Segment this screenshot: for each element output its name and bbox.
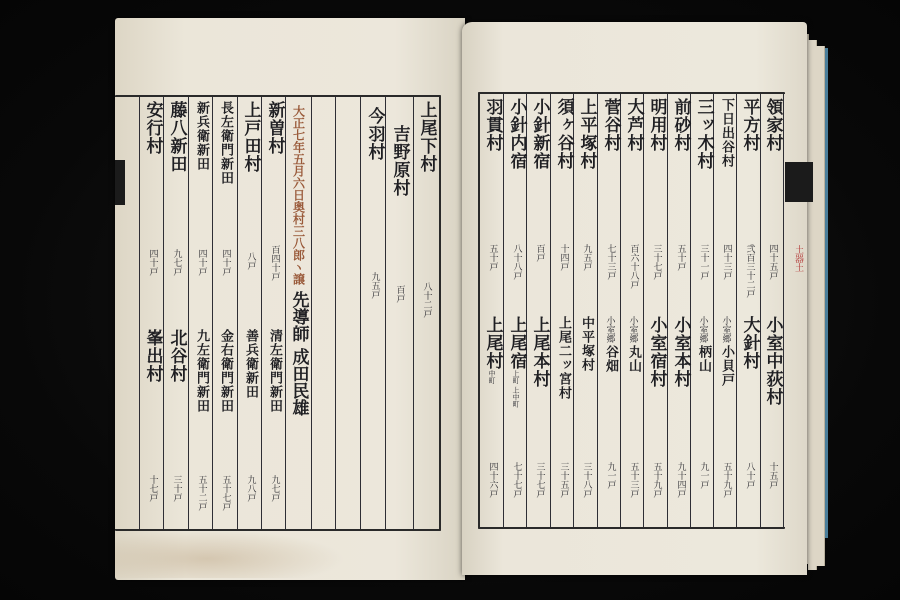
household-count: 八戸 bbox=[238, 252, 262, 270]
household-count: 四十戸 bbox=[140, 249, 164, 276]
household-count: 四十五戸 bbox=[760, 244, 784, 280]
household-count: 七十七戸 bbox=[504, 462, 528, 498]
village-entry: 菅谷村 bbox=[598, 98, 622, 152]
household-count: 四十六戸 bbox=[480, 462, 504, 498]
right-black-tab bbox=[785, 162, 813, 202]
household-count: 百四十戸 bbox=[262, 245, 286, 281]
household-count: 三十戸 bbox=[164, 475, 188, 502]
household-count: 五十戸 bbox=[668, 244, 692, 271]
household-count: 九八戸 bbox=[238, 475, 262, 502]
village-entry: 前砂村 bbox=[668, 98, 692, 152]
household-count: 八十二戸 bbox=[414, 282, 438, 318]
household-count: 四十戸 bbox=[189, 249, 213, 276]
village-entry: 峯出村 bbox=[140, 329, 164, 383]
village-entry: 新曽村 bbox=[262, 101, 286, 155]
village-entry: 吉野原村 bbox=[387, 125, 411, 197]
household-count: 百戸 bbox=[527, 244, 551, 262]
village-entry: 小室郷柄山 bbox=[691, 316, 715, 373]
household-count: 九一戸 bbox=[598, 462, 622, 489]
village-entry: 小室郷谷畑 bbox=[598, 316, 622, 373]
household-count: 九七戸 bbox=[262, 475, 286, 502]
household-count: 八十戸 bbox=[737, 462, 761, 489]
blue-cover-edge bbox=[825, 48, 828, 538]
page-stack-edge bbox=[816, 46, 825, 566]
village-entry: 小室郷丸山 bbox=[621, 316, 645, 373]
household-count: 十五戸 bbox=[760, 462, 784, 489]
household-count: 八十八戸 bbox=[504, 244, 528, 280]
right-register-grid: 領家村 四十五戸 平方村 弐百三十二戸 下日出谷村 四十三戸 三ッ木村 三十一戸… bbox=[478, 92, 785, 529]
village-entry: 上尾本村 bbox=[527, 316, 551, 388]
household-count: 三十七戸 bbox=[527, 462, 551, 498]
household-count: 五十戸 bbox=[480, 244, 504, 271]
household-count: 五十三戸 bbox=[621, 462, 645, 498]
village-entry: 安行村 bbox=[140, 101, 164, 155]
village-entry: 金右衛門新田 bbox=[213, 329, 237, 413]
village-entry: 小室中荻村 bbox=[760, 316, 784, 406]
village-entry: 北谷村 bbox=[164, 329, 188, 383]
household-count: 九五戸 bbox=[362, 272, 386, 299]
left-register-grid: 上尾下村 八十二戸 吉野原村 百戸 今羽村 九五戸 大正七年五月六日奥村三八郎ヽ… bbox=[115, 95, 441, 531]
household-count: 五十九戸 bbox=[644, 462, 668, 498]
household-count: 弐百三十二戸 bbox=[737, 244, 761, 298]
household-count: 九十四戸 bbox=[668, 462, 692, 498]
village-entry: 上尾村中町 bbox=[480, 316, 504, 384]
village-entry: 善兵衛新田 bbox=[238, 329, 262, 399]
household-count: 五十九戸 bbox=[714, 462, 738, 498]
household-count: 四十三戸 bbox=[714, 244, 738, 280]
village-entry: 明用村 bbox=[644, 98, 668, 152]
household-count: 十四戸 bbox=[551, 244, 575, 271]
village-entry: 羽貫村 bbox=[480, 98, 504, 152]
household-count: 三十一戸 bbox=[691, 244, 715, 280]
household-count: 七十三戸 bbox=[598, 244, 622, 280]
village-entry: 大芦村 bbox=[621, 98, 645, 152]
village-entry: 小室郷小貝戸 bbox=[714, 316, 738, 387]
village-entry: 小針内宿 bbox=[504, 98, 528, 170]
household-count: 百六十八戸 bbox=[621, 244, 645, 289]
paper-stain bbox=[115, 530, 345, 578]
household-count: 三十八戸 bbox=[574, 462, 598, 498]
household-count: 百戸 bbox=[387, 285, 411, 303]
village-entry: 清左衛門新田 bbox=[262, 329, 286, 413]
village-entry: 平方村 bbox=[737, 98, 761, 152]
village-entry: 須ヶ谷村 bbox=[551, 98, 575, 170]
village-entry: 上平塚村 bbox=[574, 98, 598, 170]
village-entry: 長左衛門新田 bbox=[213, 101, 237, 185]
village-entry: 中平塚村 bbox=[574, 316, 598, 372]
village-entry: 新兵衛新田 bbox=[189, 101, 213, 171]
red-side-mark: 土器土 bbox=[792, 245, 805, 272]
village-entry: 九左衛門新田 bbox=[189, 329, 213, 413]
household-count: 三十七戸 bbox=[644, 244, 668, 280]
household-count: 五十七戸 bbox=[213, 475, 237, 511]
village-entry: 小室宿村 bbox=[644, 316, 668, 388]
village-entry: 領家村 bbox=[760, 98, 784, 152]
village-entry: 小針新宿 bbox=[527, 98, 551, 170]
village-entry: 今羽村 bbox=[362, 107, 386, 161]
household-count: 九五戸 bbox=[574, 244, 598, 271]
village-entry: 藤八新田 bbox=[164, 101, 188, 173]
village-entry: 上尾二ッ宮村 bbox=[551, 316, 575, 400]
household-count: 九一戸 bbox=[691, 462, 715, 489]
household-count: 三十五戸 bbox=[551, 462, 575, 498]
household-count: 四十戸 bbox=[213, 249, 237, 276]
village-entry: 上尾下村 bbox=[414, 101, 438, 173]
village-entry: 小室本村 bbox=[668, 316, 692, 388]
household-count: 九七戸 bbox=[164, 249, 188, 276]
village-entry: 上戸田村 bbox=[238, 101, 262, 173]
village-entry: 上尾宿上町 上中町 bbox=[504, 316, 528, 407]
household-count: 十七戸 bbox=[140, 475, 164, 502]
village-entry: 三ッ木村 bbox=[691, 98, 715, 170]
village-entry: 下日出谷村 bbox=[714, 98, 738, 168]
village-entry: 大針村 bbox=[737, 316, 761, 370]
household-count: 五十二戸 bbox=[189, 475, 213, 511]
red-ink-annotation: 大正七年五月六日奥村三八郎ヽ譲 先導師 成田民雄 bbox=[286, 105, 310, 416]
